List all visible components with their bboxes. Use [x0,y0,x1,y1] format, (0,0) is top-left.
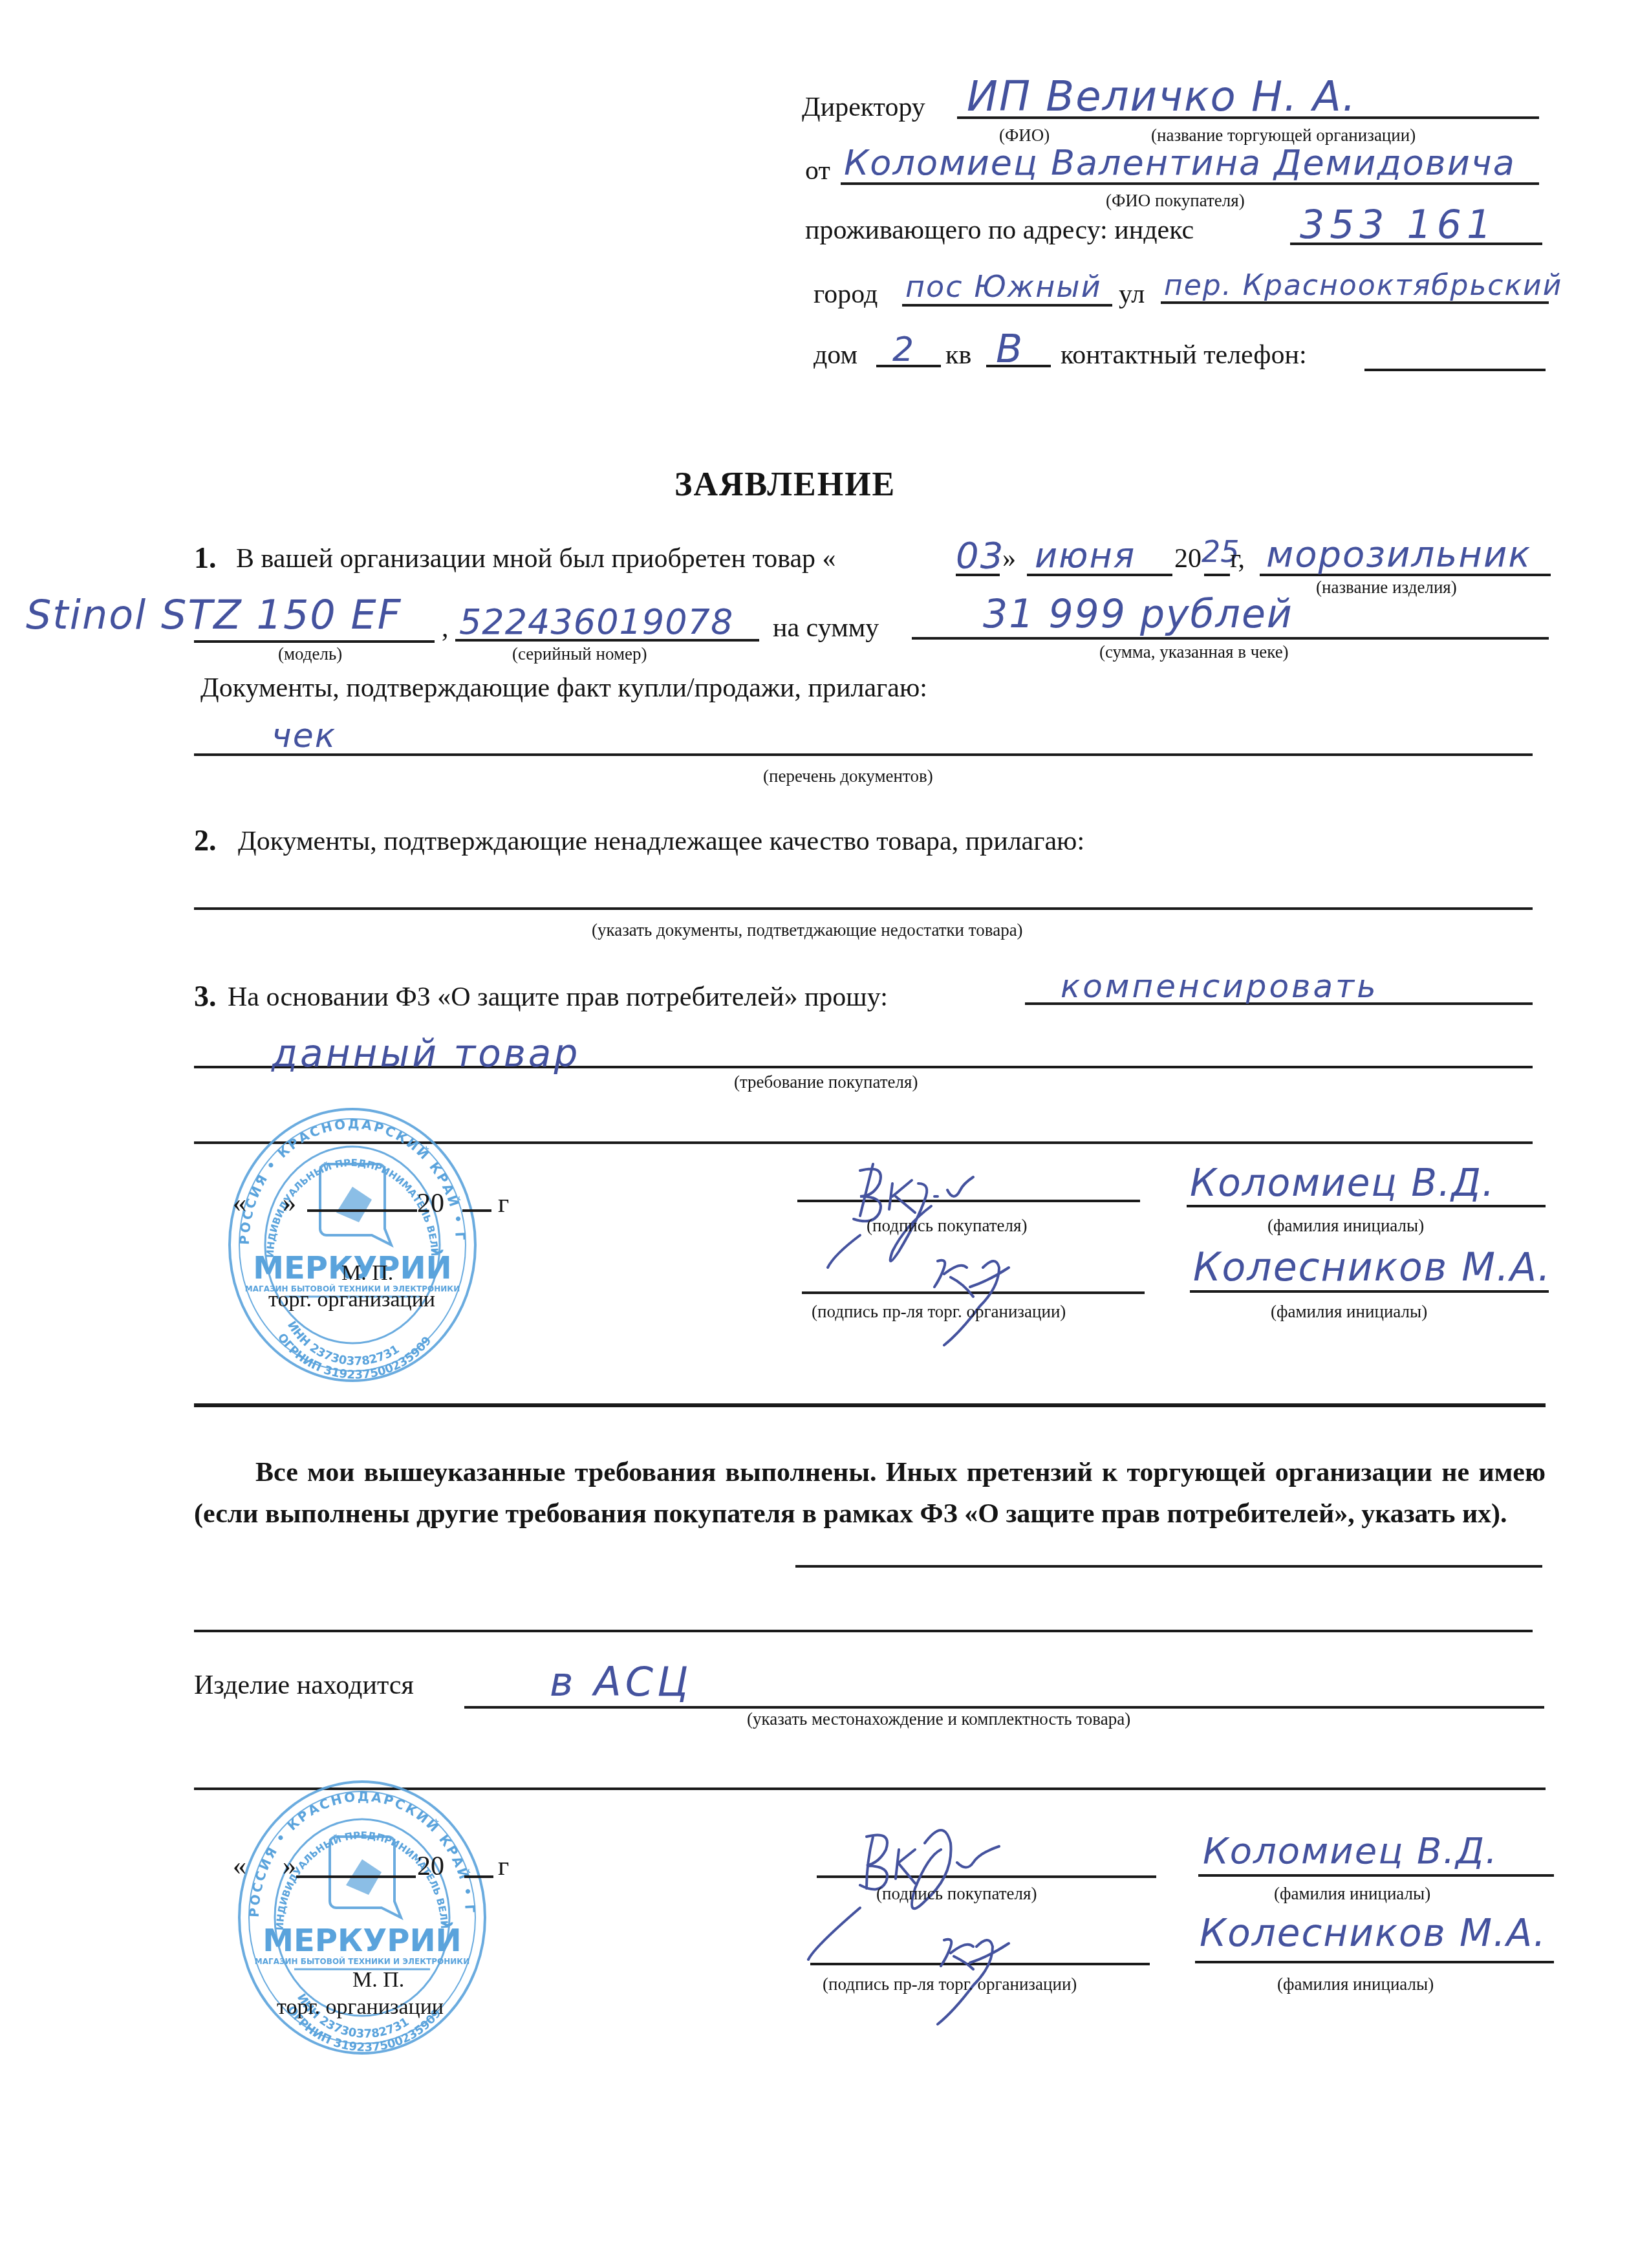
mp1-label: М. П. [341,1262,393,1284]
from-label: от [805,157,830,184]
closing-field-line-1[interactable] [795,1565,1542,1568]
date2-month-line[interactable] [296,1875,416,1878]
director-caption-fio: (ФИО) [999,127,1050,144]
seller-name-value-1[interactable]: Колесников М.А. [1193,1248,1551,1287]
phone-field-line[interactable] [1364,369,1546,371]
sum-field-line [912,637,1549,640]
section3-text: На основании ФЗ «О защите прав потребите… [228,984,888,1011]
date2-year-prefix: 20 [417,1853,444,1880]
section3-value-line2[interactable]: данный товар [272,1035,580,1072]
house-value[interactable]: 2 [892,333,915,367]
model-serial-comma: , [442,614,449,642]
serial-number-value[interactable]: 522436019078 [459,605,733,640]
buyer-name-value-2[interactable]: Коломиец В.Д. [1203,1833,1498,1870]
date1-month-line[interactable] [307,1209,417,1212]
date1-open-quote: « [233,1190,246,1217]
seller-name-caption-2: (фамилия инициалы) [1277,1976,1434,1993]
year-suffix: г, [1230,545,1245,572]
date2-open-quote: « [233,1853,246,1880]
sum-caption: (сумма, указанная в чеке) [1099,643,1289,661]
apt-label: кв [945,341,971,369]
document-title: ЗАЯВЛЕНИЕ [674,466,896,504]
sum-label: на сумму [773,614,879,642]
model-field-line [194,640,435,643]
location-caption: (указать местонахождение и комплектность… [747,1711,1130,1728]
section-divider [194,1403,1546,1407]
street-value[interactable]: пер. Краснооктябрьский [1164,272,1562,300]
section2-caption: (указать документы, подтветджающие недос… [592,922,1023,939]
director-caption-org: (название торгующей организации) [1151,127,1416,144]
section3-value-line1[interactable]: компенсировать [1061,970,1379,1002]
location-field-line [464,1706,1544,1709]
date1-year-suffix: г [498,1190,509,1217]
seller-name-line-2 [1195,1961,1554,1963]
mp2-org-label: торг. организации [277,1996,444,2018]
date1-year-prefix: 20 [417,1190,444,1217]
purchase-month-value[interactable]: июня [1035,538,1136,573]
apt-value[interactable]: В [996,330,1024,369]
house-label: дом [814,341,857,369]
buyer-signature-caption-2: (подпись покупателя) [876,1885,1037,1903]
section3-number: 3. [194,982,217,1011]
buyer-name-caption-1: (фамилия инициалы) [1267,1217,1424,1235]
seller-name-line-1 [1190,1290,1549,1293]
mp2-label: М. П. [352,1969,404,1991]
model-caption: (модель) [278,645,342,663]
seller-name-value-2[interactable]: Колесников М.А. [1200,1914,1547,1952]
stamp-brand: МЕРКУРИЙ [263,1922,462,1959]
closing-field-line-2[interactable] [194,1630,1533,1632]
sum-value[interactable]: 31 999 рублей [983,595,1293,634]
date1-year-line[interactable] [462,1209,491,1212]
buyer-name-caption-2: (фамилия инициалы) [1274,1885,1430,1903]
date2-close-quote: » [283,1853,296,1880]
location-label: Изделие находится [194,1672,414,1699]
purchase-docs-caption: (перечень документов) [763,768,933,785]
company-stamp-1: МЕРКУРИЙ МАГАЗИН БЫТОВОЙ ТЕХНИКИ И ЭЛЕКТ… [223,1103,482,1387]
street-label: ул [1119,281,1145,308]
seller-signature-1[interactable] [925,1248,1054,1352]
year-prefix: 20 [1174,545,1202,572]
buyer-signature-caption-1: (подпись покупателя) [867,1217,1027,1235]
product-caption: (название изделия) [1316,579,1457,596]
section3-caption: (требование покупателя) [734,1074,918,1091]
mp1-org-label: торг. организации [268,1289,435,1311]
director-value[interactable]: ИП Величко Н. А. [967,76,1357,118]
city-field-line [902,304,1112,307]
purchase-docs-field-line [194,753,1533,756]
date1-close-quote: » [283,1190,296,1217]
date2-year-line[interactable] [464,1875,493,1878]
section2-text: Документы, подтверждающие ненадлежащее к… [238,828,1084,855]
date2-year-suffix: г [498,1853,509,1880]
product-name-value[interactable]: морозильник [1266,537,1531,573]
svg-text:МАГАЗИН БЫТОВОЙ ТЕХНИКИ И ЭЛЕК: МАГАЗИН БЫТОВОЙ ТЕХНИКИ И ЭЛЕКТРОНИКИ [255,1956,469,1966]
seller-name-caption-1: (фамилия инициалы) [1271,1303,1427,1321]
day-quote-close: » [1002,545,1016,572]
purchase-docs-text: Документы, подтверждающие факт купли/про… [200,675,927,702]
section1-text: В вашей организации мной был приобретен … [236,545,836,572]
section2-number: 2. [194,826,217,856]
buyer-fullname-value[interactable]: Коломиец Валентина Демидовича [844,146,1516,180]
seller-signature-caption-2: (подпись пр-ля торг. организации) [823,1976,1077,1993]
seller-signature-caption-1: (подпись пр-ля торг. организации) [812,1303,1066,1321]
section1-number: 1. [194,543,217,573]
buyer-name-line-1 [1187,1205,1546,1207]
model-value[interactable]: Stinol STZ 150 EF [26,595,402,635]
buyer-name-line-2 [1198,1874,1554,1877]
section2-field-line[interactable] [194,907,1533,910]
phone-label: контактный телефон: [1061,341,1307,369]
purchase-docs-value[interactable]: чек [272,719,336,753]
city-label: город [814,281,878,308]
year-field-line [1204,574,1230,576]
closing-statement: Все мои вышеуказанные требования выполне… [194,1452,1546,1535]
index-value[interactable]: 353 161 [1300,206,1496,244]
purchase-day-value[interactable]: 03 [956,538,1004,574]
from-caption: (ФИО покупателя) [1106,192,1245,210]
address-label: проживающего по адресу: индекс [805,217,1194,244]
city-value[interactable]: пос Южный [905,272,1102,301]
buyer-name-value-1[interactable]: Коломиец В.Д. [1190,1164,1495,1202]
serial-caption: (серийный номер) [512,645,647,663]
location-value[interactable]: в АСЦ [550,1662,692,1702]
director-label: Директору [802,94,925,121]
